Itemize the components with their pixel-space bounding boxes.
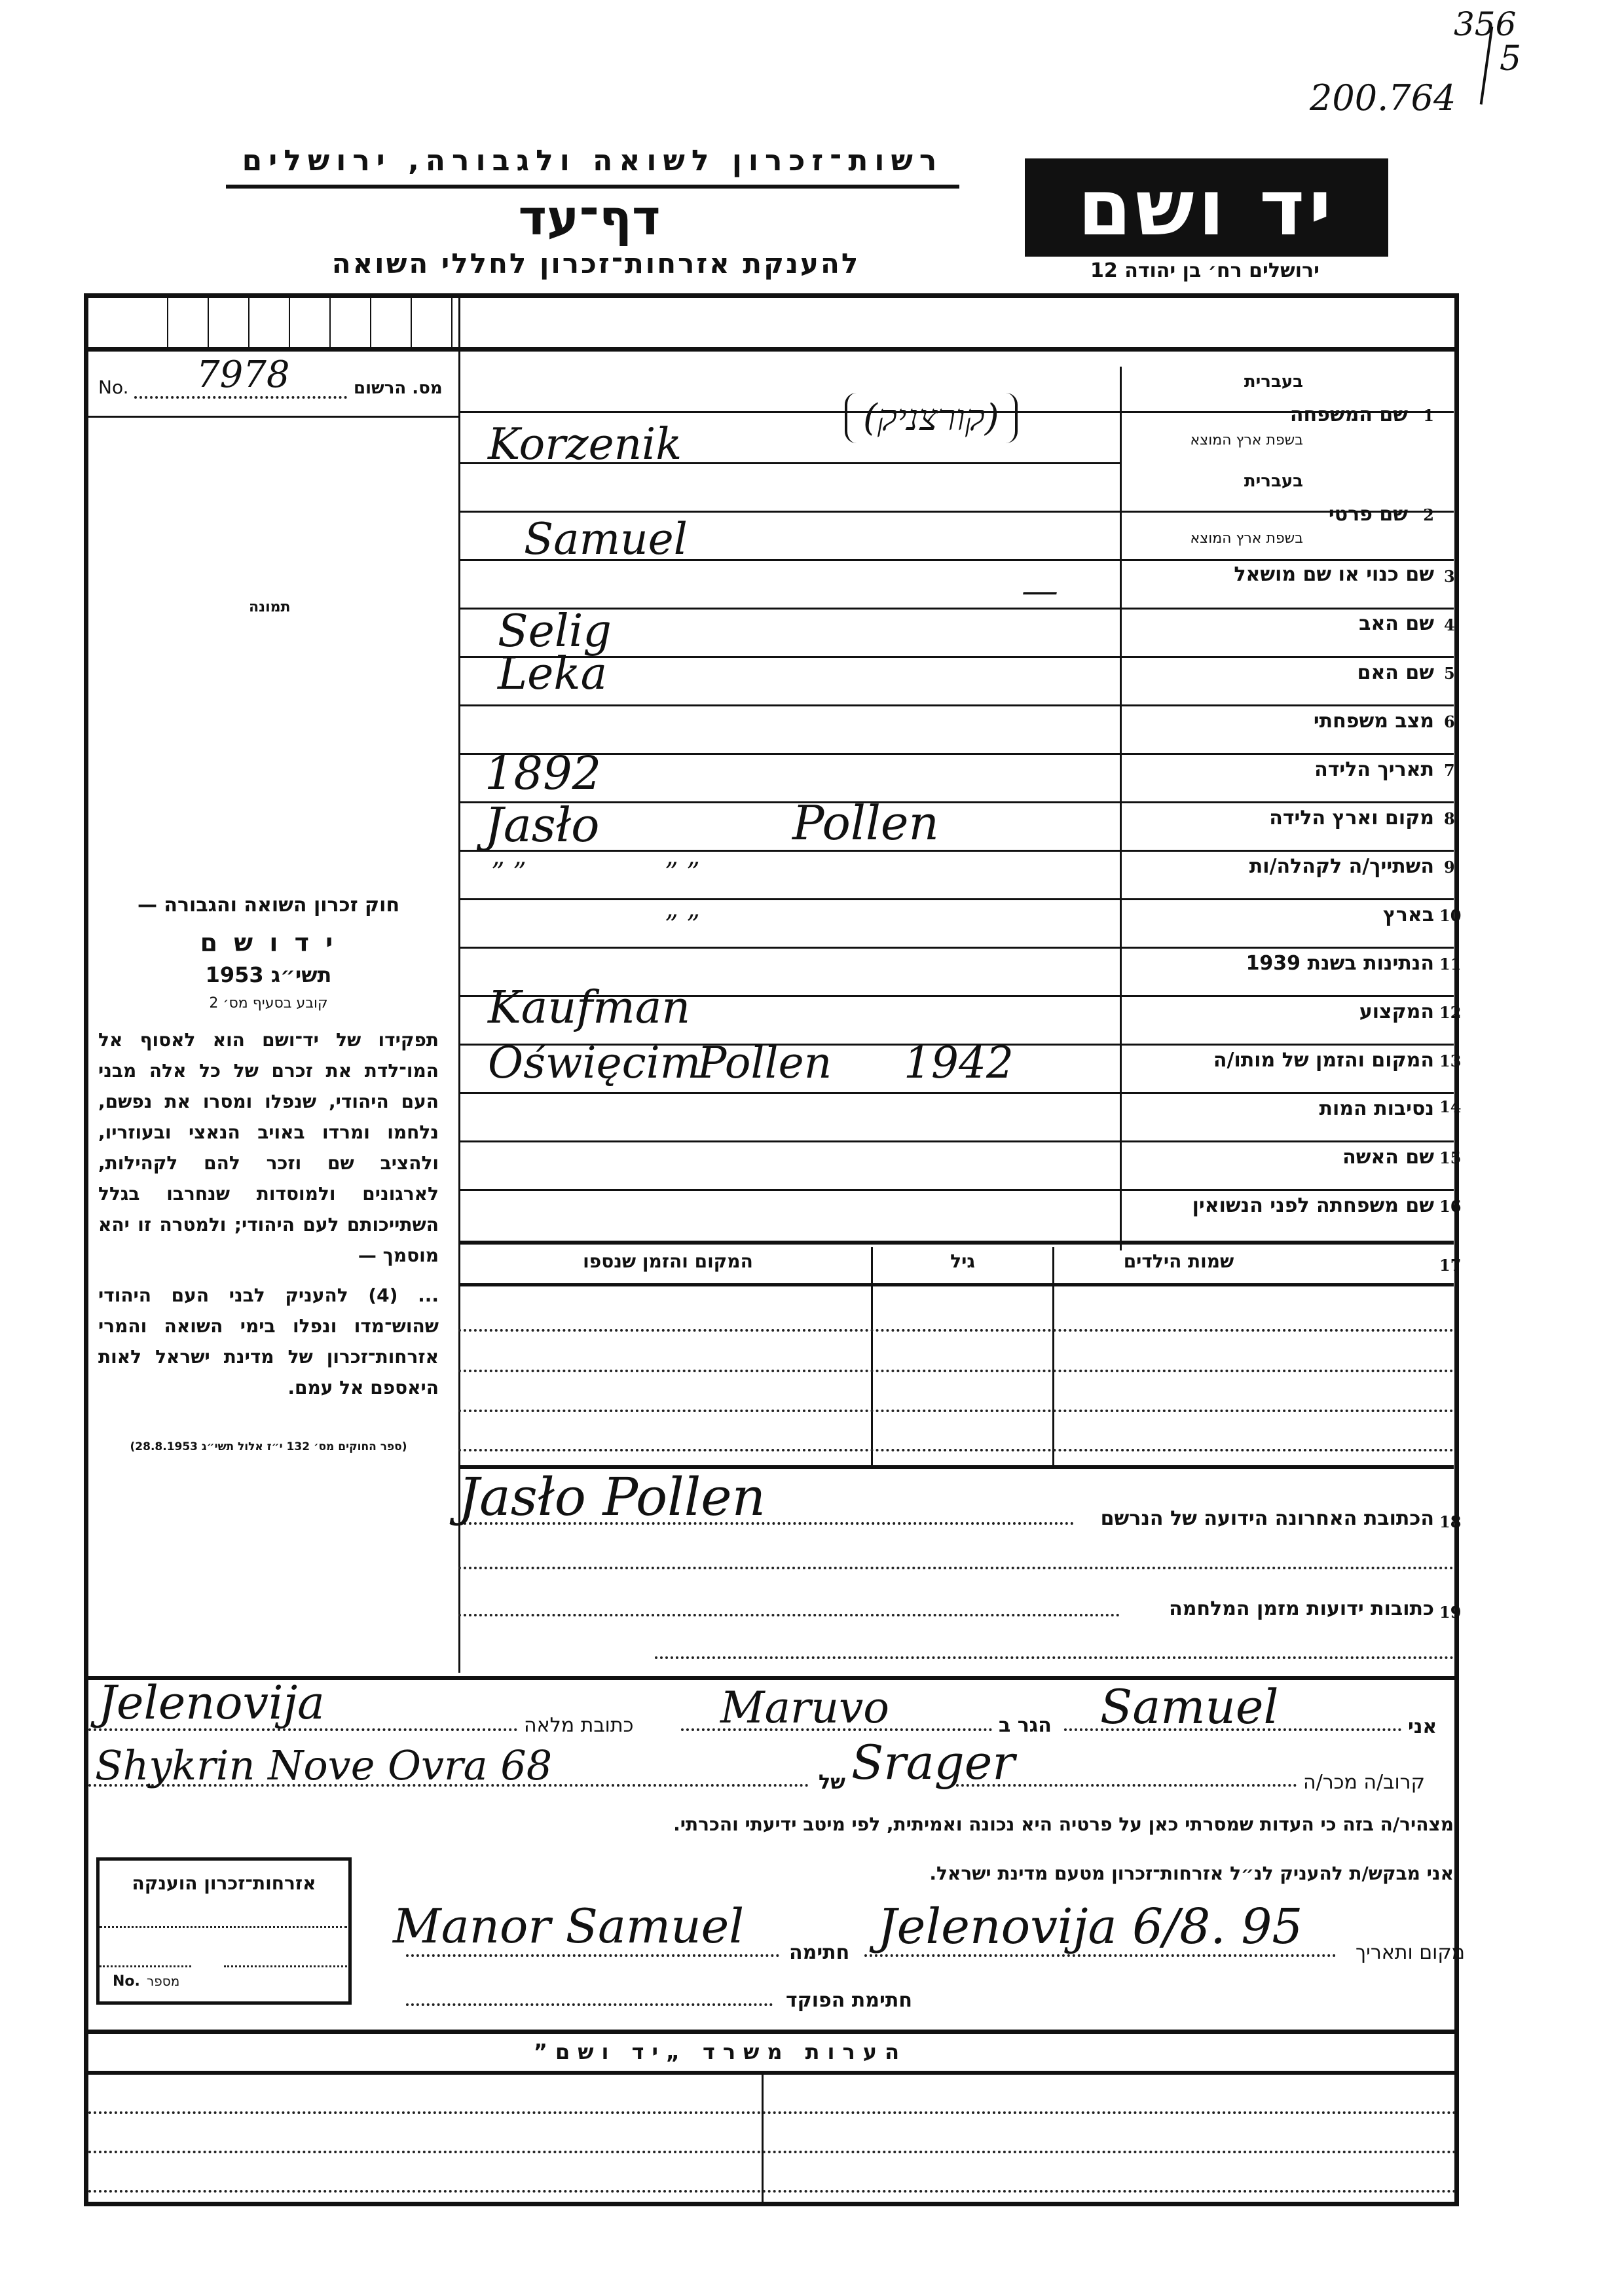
logo-address: ירושלים רח׳ בן יהודה 12 — [1041, 259, 1369, 282]
decl-statement-2: אני מבקש/ת להעניק לנ״ל אזרחות־זכרון מטעם… — [786, 1863, 1454, 1884]
office-notes-divider — [88, 2030, 1457, 2034]
photo-label: תמונה — [249, 599, 291, 615]
field-9-label: השתייך/ה לקהלה/ות — [1249, 855, 1434, 878]
field-2-sub-top: בעברית — [1244, 471, 1303, 491]
field-18-label: הכתובת האחרונה הידועה של הנרשם — [1101, 1507, 1434, 1530]
registration-label: מס. הרשום — [354, 378, 443, 398]
children-col-divider — [1052, 1247, 1054, 1467]
citizenship-title: אזרחות־זכרון הוענקה — [100, 1872, 348, 1894]
law-year: תשי״ג 1953 — [124, 962, 413, 987]
citizenship-dotline — [100, 1965, 191, 1967]
row-line — [458, 801, 1454, 803]
field-3-num: 3 — [1444, 567, 1455, 586]
field-3-label: שם כנוי או שם מושאל — [1234, 563, 1434, 586]
decl-resides-label: הגר ב — [999, 1714, 1052, 1737]
field-13-value-year[interactable]: 1942 — [904, 1038, 1014, 1088]
children-col-names: שמות הילדים — [1048, 1250, 1310, 1272]
field-9-num: 9 — [1444, 858, 1455, 877]
label-column-divider — [1120, 367, 1122, 1250]
field-8-value-city[interactable]: Jasło — [485, 797, 599, 852]
registration-divider — [88, 416, 458, 418]
field-14-num: 14 — [1439, 1097, 1461, 1116]
form-title: דף־עד — [458, 190, 720, 246]
decl-statement-1: מצהיר/ה בזה כי העדות שמסרתי כאן על פרטיה… — [511, 1813, 1454, 1835]
field-13-value-place[interactable]: Oświęcim — [488, 1038, 701, 1088]
field-4-label: שם האב — [1359, 612, 1434, 635]
office-notes-header-divider — [88, 2071, 1457, 2075]
law-yad-vashem: י ד ו ש ם — [124, 928, 413, 957]
field-1-value[interactable]: Korzenik — [488, 419, 682, 469]
field-7-label: תאריך הלידה — [1314, 758, 1434, 781]
citizenship-dotline — [224, 1965, 347, 1967]
field-10-label: בארץ — [1383, 903, 1434, 926]
children-row[interactable] — [458, 1329, 1454, 1332]
field-1-sub-bottom: בשפת ארץ המוצא — [1190, 432, 1303, 448]
decl-city[interactable]: Maruvo — [720, 1683, 889, 1733]
registration-no-label: No. — [98, 376, 128, 398]
office-notes-row[interactable] — [88, 2190, 1457, 2193]
decl-signature[interactable]: Manor Samuel — [393, 1899, 744, 1954]
archive-number: 200.764 — [1310, 77, 1456, 118]
field-1-num: 1 — [1423, 406, 1434, 425]
field-1-hebrew-value[interactable]: (קורצניק) — [845, 393, 1018, 443]
registration-value[interactable]: 7978 — [196, 354, 290, 396]
row-line — [458, 511, 1454, 513]
row-line — [458, 1189, 1454, 1191]
decl-full-address-label: כתובת מלאה — [524, 1714, 633, 1737]
field-10-num: 10 — [1439, 906, 1461, 925]
field-8-label: מקום וארץ הלידה — [1269, 807, 1434, 829]
office-notes-row[interactable] — [88, 2111, 1457, 2114]
field-6-num: 6 — [1444, 712, 1455, 731]
field-18-num: 18 — [1439, 1512, 1461, 1531]
decl-signature-label: חתימה — [789, 1941, 849, 1964]
field-11-label: הנתינות בשנת 1939 — [1246, 952, 1434, 975]
decl-official-signature-dotline — [406, 2003, 773, 2006]
field-4-num: 4 — [1444, 615, 1455, 634]
office-notes-col-divider — [762, 2074, 764, 2202]
field-15-num: 15 — [1439, 1148, 1461, 1167]
archive-fraction: 356 — [1454, 5, 1516, 43]
children-row[interactable] — [458, 1370, 1454, 1372]
field-19-dotline — [458, 1614, 1120, 1616]
children-col-divider — [871, 1247, 873, 1467]
children-col-age: גיל — [877, 1250, 1048, 1272]
field-13-num: 13 — [1439, 1051, 1461, 1070]
children-row[interactable] — [458, 1410, 1454, 1412]
tick-strip — [128, 298, 458, 349]
field-7-value[interactable]: 1892 — [485, 746, 601, 800]
form-subtitle: להענקת אזרחות־זכרון לחללי השואה — [288, 247, 904, 280]
field-8-num: 8 — [1444, 809, 1455, 828]
row-line — [458, 947, 1454, 949]
children-col-place-time: המקום והזמן שנספו — [465, 1250, 871, 1272]
field-19-label: כתובות ידועות מזמן המלחמה — [1169, 1597, 1434, 1620]
row-line — [458, 1140, 1454, 1142]
citizenship-dotline — [100, 1926, 347, 1928]
children-header-divider — [458, 1283, 1454, 1286]
field-1-sub-top: בעברית — [1244, 372, 1303, 392]
field-2-value[interactable]: Samuel — [524, 514, 688, 564]
section-divider — [458, 1241, 1454, 1245]
field-12-value[interactable]: Kaufman — [488, 982, 690, 1034]
field-19-num: 19 — [1439, 1603, 1461, 1622]
archive-fraction-bottom: 5 — [1500, 39, 1521, 79]
law-paragraph-1: תפקידו של יד־ושם הוא לאסוף אל המו־לדת את… — [98, 1025, 439, 1271]
field-1-label: שם המשפחה — [1290, 403, 1408, 426]
field-13-value-country[interactable]: Pollen — [697, 1038, 832, 1088]
authority-name: רשות־זכרון לשואה ולגבורה, ירושלים — [223, 144, 963, 177]
law-title: חוק זכרון השואה והגבורה — — [124, 894, 413, 917]
field-5-num: 5 — [1444, 664, 1455, 683]
decl-official-signature-label: חתימת הפוקד — [786, 1989, 912, 2012]
field-14-label: נסיבות המות — [1319, 1097, 1434, 1120]
row-line — [458, 1092, 1454, 1094]
law-clause: קובע בסעיף מס׳ 2 — [124, 995, 413, 1011]
decl-first-name[interactable]: Samuel — [1100, 1679, 1279, 1734]
decl-place-date[interactable]: Jelenovija 6/8. 95 — [877, 1899, 1303, 1955]
field-8-value-country[interactable]: Pollen — [792, 795, 939, 850]
field-2-sub-bottom: בשפת ארץ המוצא — [1190, 530, 1303, 547]
field-16-label: שם משפחתה לפני הנשואין — [1192, 1194, 1434, 1217]
field-9-value-1[interactable]: ” ” — [491, 858, 526, 888]
field-10-value[interactable]: ” ” — [665, 910, 700, 940]
field-2-num: 2 — [1423, 505, 1434, 524]
registration-dotline — [134, 396, 347, 399]
decl-place-date-label: מקום ותאריך — [1356, 1941, 1465, 1964]
field-3-value[interactable]: — — [1022, 570, 1058, 612]
yad-vashem-logo: יד ושם — [1025, 158, 1388, 257]
office-notes-row[interactable] — [88, 2151, 1457, 2153]
row-line — [458, 898, 1454, 900]
field-12-label: המקצוע — [1359, 1000, 1434, 1023]
office-notes-title: הערות משרד „יד ושם” — [524, 2039, 917, 2064]
field-7-num: 7 — [1444, 761, 1455, 780]
field-18-dotline-2 — [458, 1567, 1454, 1569]
law-paragraph-2: ... (4) להעניק לבני העם היהודי שהוש־מדו … — [98, 1280, 439, 1403]
decl-relative-value[interactable]: Srager — [851, 1735, 1015, 1790]
field-5-value[interactable]: Leka — [498, 648, 607, 700]
authority-underline — [226, 185, 959, 189]
children-row[interactable] — [458, 1449, 1454, 1451]
law-citation: (ספר החוקים מס׳ 132 י״ז אלול תשי״ג 28.8.… — [98, 1440, 439, 1453]
row-line — [458, 850, 1454, 852]
field-5-label: שם האם — [1357, 661, 1434, 684]
field-18-value[interactable]: Jasło Pollen — [458, 1467, 766, 1527]
decl-signature-dotline — [406, 1954, 779, 1957]
field-6-label: מצב משפחתי — [1314, 710, 1434, 733]
field-15-label: שם האשה — [1342, 1146, 1434, 1169]
decl-i-label: אני — [1408, 1715, 1437, 1738]
row-line — [458, 704, 1454, 706]
children-table-num: 17 — [1439, 1256, 1461, 1275]
field-19-dotline-2 — [655, 1656, 1454, 1659]
decl-relative-label: קרוב/ה מכר/ה — [1303, 1771, 1425, 1794]
citizenship-granted-box: אזרחות־זכרון הוענקה No. מספר — [96, 1857, 352, 2005]
decl-city-written[interactable]: Jelenovija — [98, 1676, 325, 1730]
archive-fraction-top: 356 — [1454, 5, 1516, 43]
decl-of-label: של — [819, 1771, 845, 1794]
field-11-num: 11 — [1439, 955, 1461, 974]
field-13-label: המקום והזמן של מותו/ה — [1213, 1049, 1434, 1072]
field-12-num: 12 — [1439, 1003, 1461, 1022]
citizenship-number-label: מספר — [147, 1973, 179, 1989]
field-9-value-2[interactable]: ” ” — [665, 858, 700, 888]
decl-full-address[interactable]: Shykrin Nove Ovra 68 — [95, 1741, 552, 1789]
citizenship-no-label: No. — [113, 1973, 140, 1990]
row-line — [458, 753, 1454, 755]
field-16-num: 16 — [1439, 1197, 1461, 1216]
field-2-label: שם פרטי — [1329, 503, 1408, 526]
